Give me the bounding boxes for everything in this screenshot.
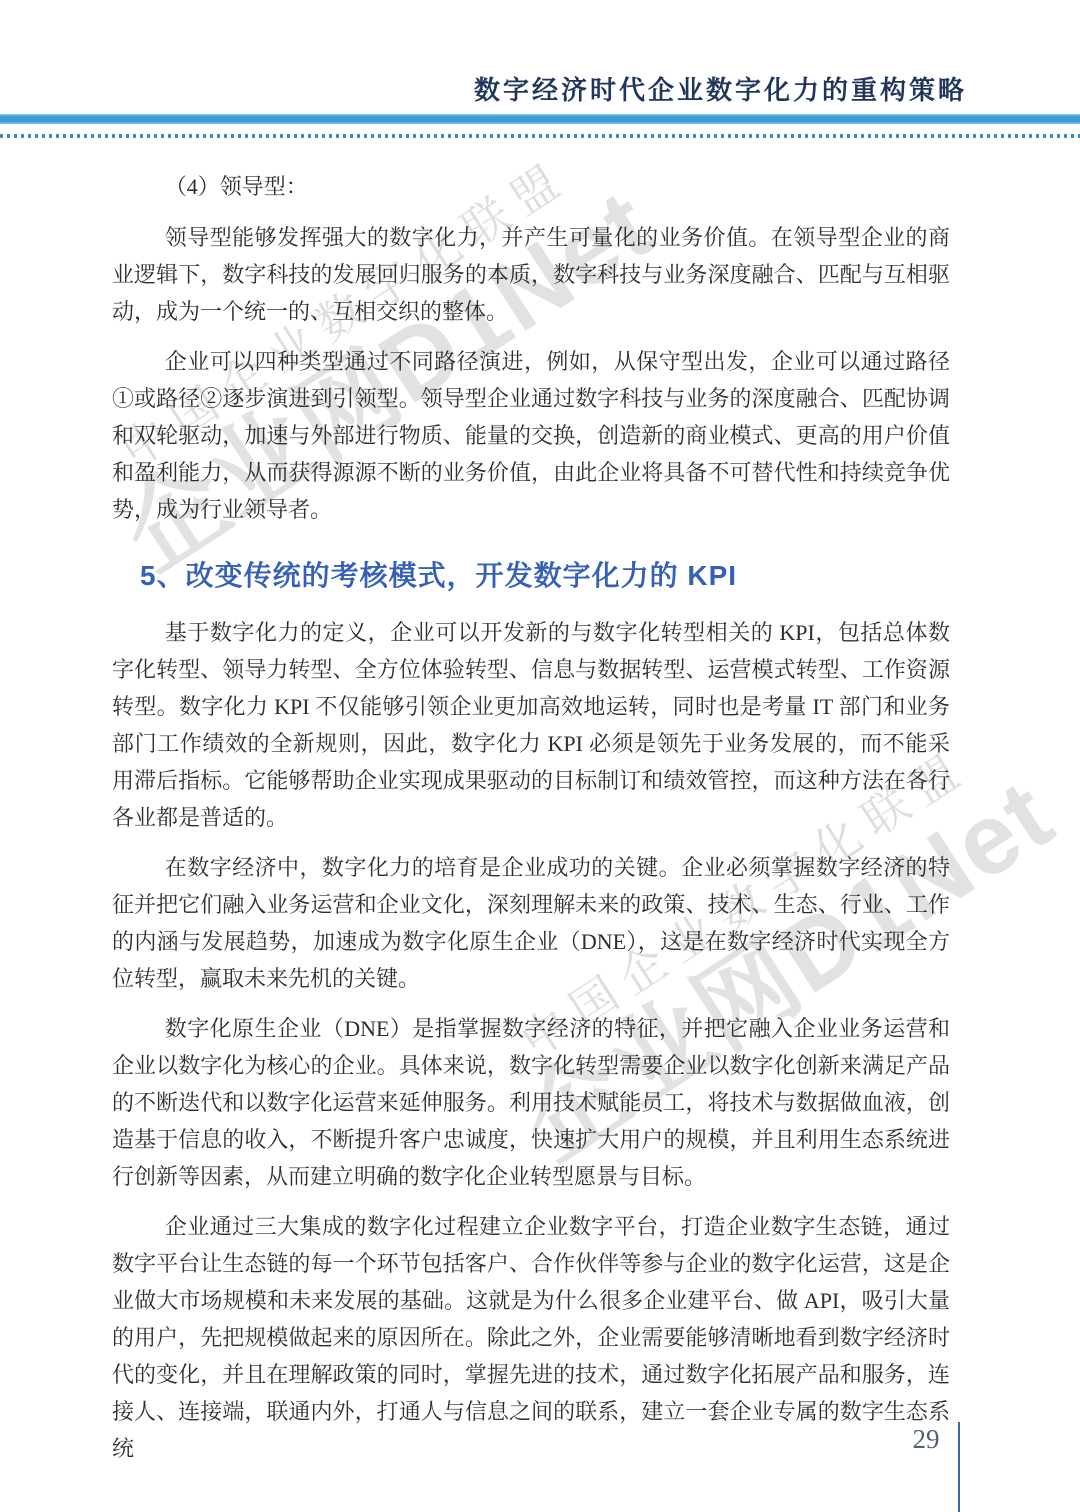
paragraph: 领导型能够发挥强大的数字化力，并产生可量化的业务价值。在领导型企业的商业逻辑下，… [112, 219, 950, 330]
footer-rule [958, 1422, 960, 1512]
paragraph: 基于数字化力的定义，企业可以开发新的与数字化转型相关的 KPI，包括总体数字化转… [112, 614, 950, 836]
document-page: 中国企业数字化联盟 企业网D1Net 中国企业数字化联盟 企业网D1Net 数字… [0, 0, 1080, 1512]
paragraph: 企业可以四种类型通过不同路径演进，例如，从保守型出发，企业可以通过路径①或路径②… [112, 343, 950, 528]
section-heading: 5、改变传统的考核模式，开发数字化力的 KPI [112, 558, 950, 594]
paragraph: 企业通过三大集成的数字化过程建立企业数字平台，打造企业数字生态链，通过数字平台让… [112, 1208, 950, 1467]
header-rule-dotted [0, 134, 1080, 138]
page-body: （4）领导型： 领导型能够发挥强大的数字化力，并产生可量化的业务价值。在领导型企… [112, 168, 950, 1480]
list-item-label: （4）领导型： [112, 168, 950, 205]
header-rule-solid [0, 114, 1080, 124]
paragraph: 数字化原生企业（DNE）是指掌握数字经济的特征，并把它融入企业业务运营和企业以数… [112, 1010, 950, 1195]
page-header-title: 数字经济时代企业数字化力的重构策略 [474, 70, 967, 107]
paragraph: 在数字经济中，数字化力的培育是企业成功的关键。企业必须掌握数字经济的特征并把它们… [112, 849, 950, 997]
page-number: 29 [900, 1424, 952, 1455]
